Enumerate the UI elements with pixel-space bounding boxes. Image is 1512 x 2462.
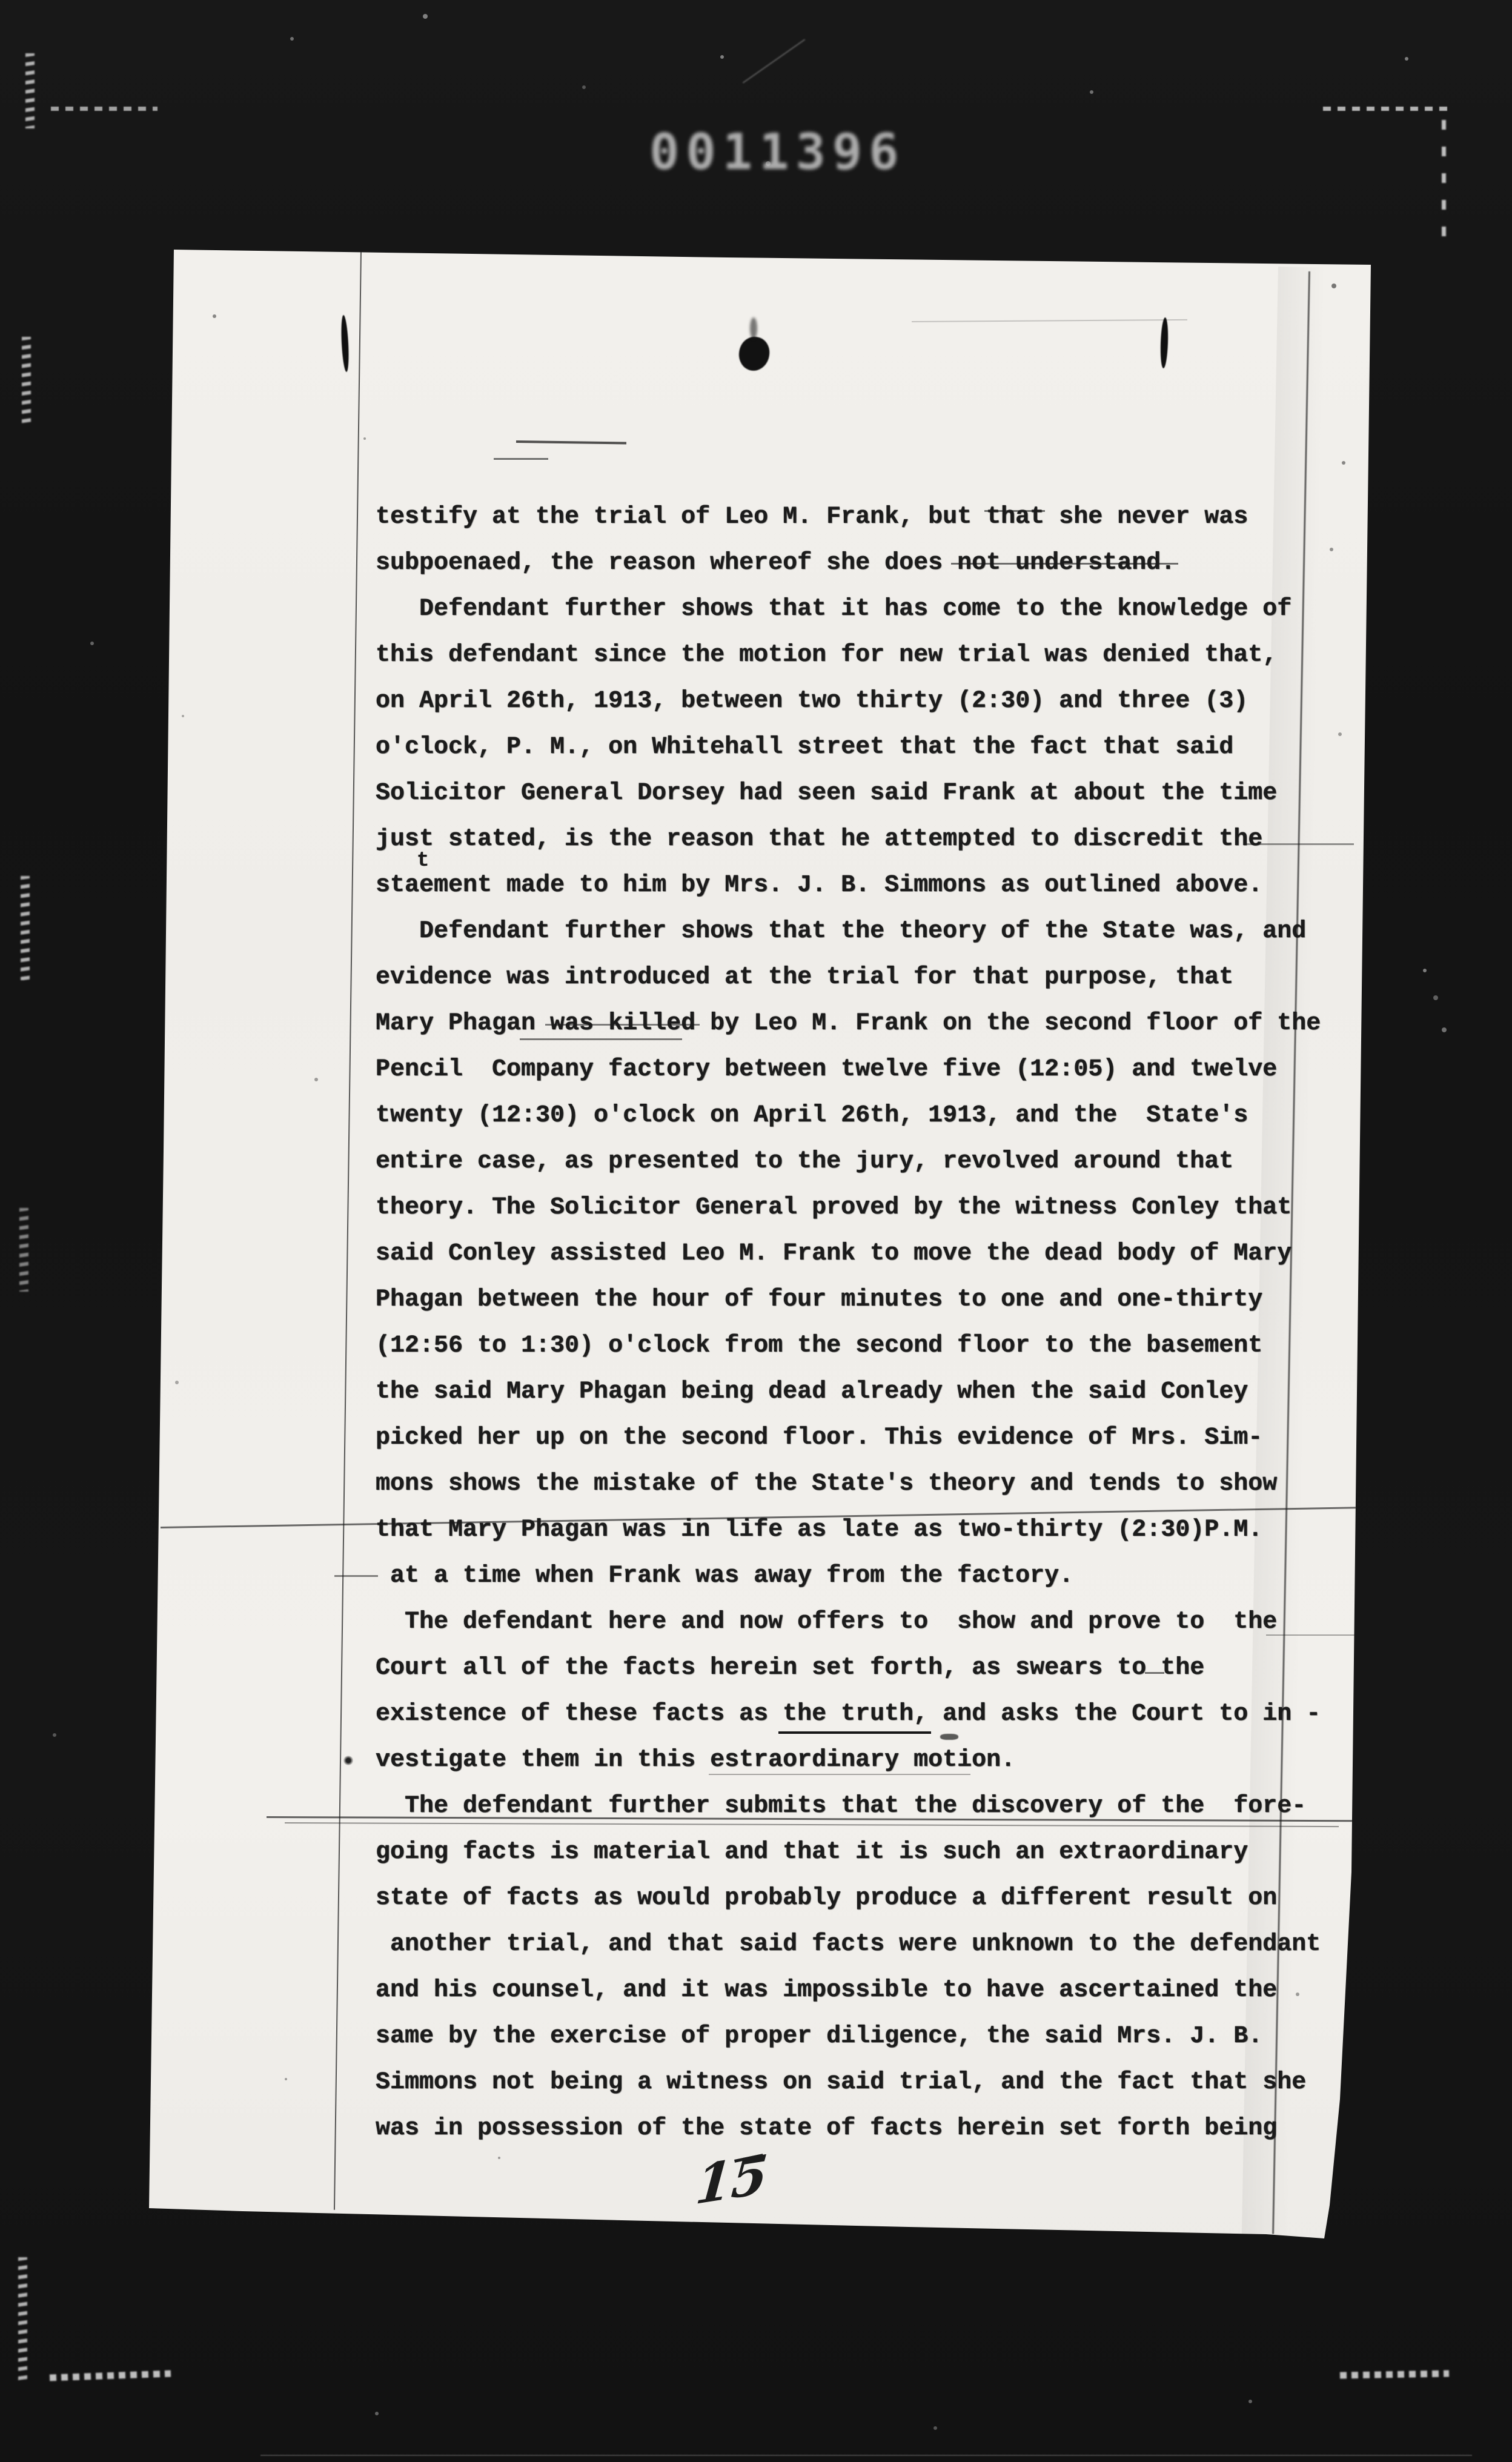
- text-line-12: Mary Phagan was killed by Leo M. Frank o…: [376, 1009, 1321, 1038]
- text-line-23: that Mary Phagan was in life as late as …: [376, 1516, 1262, 1545]
- ink-streak: [1160, 317, 1169, 368]
- text-line-29: The defendant further submits that the d…: [376, 1792, 1306, 1821]
- text-line-17: said Conley assisted Leo M. Frank to mov…: [376, 1239, 1291, 1269]
- film-edge-streak: [25, 53, 35, 128]
- film-edge-dashes-left: [51, 107, 157, 111]
- text-line-14: twenty (12:30) o'clock on April 26th, 19…: [376, 1101, 1248, 1130]
- text-line-10: Defendant further shows that the theory …: [376, 917, 1306, 946]
- margin-rule-line: [334, 250, 362, 2210]
- text-line-34: same by the exercise of proper diligence…: [376, 2022, 1262, 2051]
- text-line-9: staement made to him by Mrs. J. B. Simmo…: [376, 871, 1262, 900]
- text-line-4: this defendant since the motion for new …: [376, 641, 1277, 670]
- ink-blob: [737, 335, 771, 373]
- ink-blob-smudge: [750, 317, 757, 339]
- frame-number-stamp: 0011396: [649, 124, 906, 181]
- film-edge-streak: [19, 1208, 28, 1292]
- scratch-line: [494, 458, 548, 460]
- text-line-18: Phagan between the hour of four minutes …: [376, 1286, 1262, 1315]
- correction-squiggle: [940, 1734, 958, 1740]
- underline-the-truth: [778, 1731, 931, 1734]
- text-line-8: just stated, is the reason that he attem…: [376, 825, 1262, 854]
- scratch-line-double: [285, 1822, 1339, 1827]
- text-line-33: and his counsel, and it was impossible t…: [376, 1976, 1277, 2005]
- text-line-2: subpoenaed, the reason whereof she does …: [376, 549, 1175, 578]
- scratch-line: [520, 1038, 682, 1040]
- text-line-30: going facts is material and that it is s…: [376, 1838, 1248, 1867]
- text-line-31: state of facts as would probably produce…: [376, 1884, 1277, 1913]
- text-line-6: o'clock, P. M., on Whitehall street that…: [376, 733, 1233, 762]
- document-page: testify at the trial of Leo M. Frank, bu…: [0, 0, 1512, 2462]
- text-line-1: testify at the trial of Leo M. Frank, bu…: [376, 503, 1248, 532]
- text-line-20: the said Mary Phagan being dead already …: [376, 1378, 1248, 1407]
- text-line-28: vestigate them in this estraordinary mot…: [376, 1746, 1015, 1775]
- text-line-3: Defendant further shows that it has come…: [376, 595, 1291, 624]
- text-line-7: Solicitor General Dorsey had seen said F…: [376, 779, 1277, 808]
- scratch-line: [912, 319, 1187, 322]
- text-line-25: The defendant here and now offers to sho…: [376, 1608, 1277, 1637]
- text-line-35: Simmons not being a witness on said tria…: [376, 2068, 1306, 2097]
- text-line-24: at a time when Frank was away from the f…: [376, 1562, 1073, 1591]
- text-line-19: (12:56 to 1:30) o'clock from the second …: [376, 1332, 1262, 1361]
- text-line-15: entire case, as presented to the jury, r…: [376, 1147, 1233, 1176]
- film-edge-streak: [22, 337, 31, 425]
- text-line-13: Pencil Company factory between twelve fi…: [376, 1055, 1277, 1084]
- text-line-36: was in possession of the state of facts …: [376, 2114, 1277, 2143]
- text-line-26: Court all of the facts herein set forth,…: [376, 1654, 1204, 1683]
- text-line-32: another trial, and that said facts were …: [376, 1930, 1321, 1959]
- film-edge-speck-column: [1442, 120, 1446, 250]
- stray-ink-mark: [343, 1756, 354, 1765]
- text-line-22: mons shows the mistake of the State's th…: [376, 1470, 1277, 1499]
- film-bottom-hairline: [260, 2455, 1472, 2456]
- text-line-27: existence of these facts as the truth, a…: [376, 1700, 1321, 1729]
- typed-correction-letter: t: [417, 849, 429, 872]
- film-edge-streak: [21, 876, 30, 980]
- film-dust-specks: [0, 0, 2, 2]
- ink-streak: [340, 315, 350, 372]
- text-line-5: on April 26th, 1913, between two thirty …: [376, 687, 1248, 716]
- scratch-line: [334, 1575, 378, 1577]
- film-edge-streak: [18, 2257, 27, 2381]
- text-line-16: theory. The Solicitor General proved by …: [376, 1193, 1291, 1223]
- microfilm-frame: 0011396 testify a: [0, 0, 1512, 2462]
- film-edge-dashes-right: [1323, 107, 1450, 111]
- text-line-21: picked her up on the second floor. This …: [376, 1424, 1262, 1453]
- scratch-line: [516, 440, 626, 445]
- text-line-11: evidence was introduced at the trial for…: [376, 963, 1233, 992]
